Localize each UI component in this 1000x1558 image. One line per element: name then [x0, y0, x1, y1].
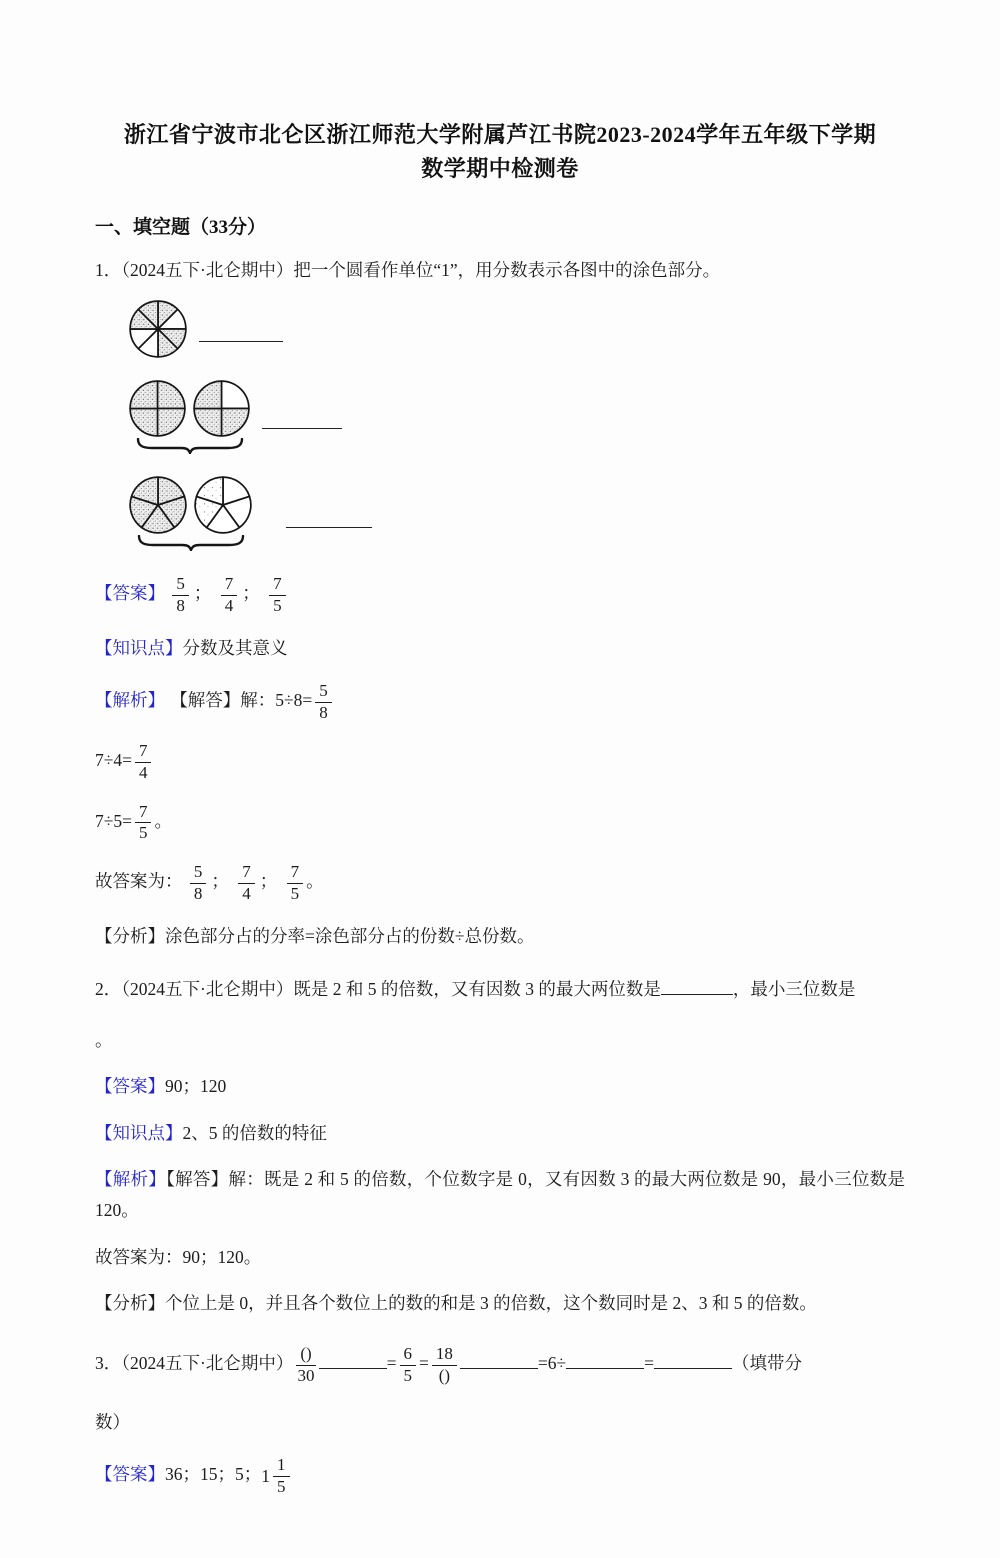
- q2-knowledge-text: 2、5 的倍数的特征: [183, 1123, 327, 1143]
- knowledge-label: 【知识点】: [95, 638, 183, 658]
- section-heading: 一、填空题（33分）: [95, 212, 905, 239]
- q1-solution-line-2: 7÷4=74: [95, 740, 905, 784]
- separator: ；: [194, 583, 212, 603]
- q1-blank-3: [286, 527, 372, 528]
- q1-conclusion-prefix: 故答案为：: [95, 871, 183, 891]
- q1-figure-row-1: [129, 300, 905, 358]
- circle-eighths-figure: [129, 300, 187, 358]
- fraction: 75: [269, 575, 286, 615]
- underbrace-icon: [134, 535, 248, 551]
- document-title: 浙江省宁波市北仑区浙江师范大学附属芦江书院2023-2024学年五年级下学期 数…: [95, 118, 905, 186]
- separator: ；: [242, 583, 260, 603]
- q3-suffix-part-2: 数）: [95, 1412, 130, 1432]
- q2-solution-line: 【解析】【解答】解：既是 2 和 5 的倍数，个位数字是 0，又有因数 3 的最…: [95, 1164, 905, 1225]
- q1-breakdown-text: 涂色部分占的分率=涂色部分占的份数÷总份数。: [165, 926, 534, 946]
- q1-solution-line-1: 【解析】【解答】解：5÷8=58: [95, 680, 905, 724]
- answer-label: 【答案】: [95, 1076, 165, 1096]
- q1-figure-row-2: [129, 380, 905, 454]
- q1-figure-row-3: [129, 476, 905, 551]
- q3-equals-4: =: [644, 1353, 654, 1373]
- breakdown-label: 【分析】: [95, 1293, 165, 1313]
- q2-stem-part-a: 2．（2024五下·北仑期中）既是 2 和 5 的倍数，又有因数 3 的最大两位…: [95, 979, 661, 999]
- q2-stem-continued: 。: [95, 1025, 905, 1056]
- title-line-2: 数学期中检测卷: [95, 152, 905, 186]
- q1-knowledge-text: 分数及其意义: [183, 638, 288, 658]
- q2-stem: 2．（2024五下·北仑期中）既是 2 和 5 的倍数，又有因数 3 的最大两位…: [95, 974, 905, 1005]
- q1-answer-line: 【答案】 58； 74； 75: [95, 573, 905, 617]
- fraction: 74: [135, 742, 152, 782]
- separator: ；: [260, 871, 278, 891]
- fraction: 65: [400, 1345, 417, 1385]
- mixed-number: 115: [261, 1454, 292, 1498]
- fraction: 58: [172, 575, 189, 615]
- analysis-label: 【解析】: [95, 690, 165, 710]
- fraction: 58: [315, 682, 332, 722]
- q2-stem-period: 。: [95, 1030, 113, 1050]
- q2-blank-1: [661, 977, 733, 995]
- q1-line2-prefix: 7÷4=: [95, 750, 132, 770]
- q3-equals-2: =: [419, 1353, 429, 1373]
- q1-blank-1: [199, 341, 283, 342]
- circle-quarters-three-shaded-figure: [193, 380, 250, 437]
- q1-stem: 1．（2024五下·北仑期中）把一个圆看作单位“1”，用分数表示各图中的涂色部分…: [95, 255, 905, 286]
- q2-stem-part-b: ，最小三位数是: [733, 979, 856, 999]
- separator: ；: [211, 871, 229, 891]
- q3-blank-4: [654, 1351, 732, 1369]
- q1-conclusion-suffix: 。: [306, 871, 324, 891]
- q2-breakdown-line: 【分析】个位上是 0，并且各个数位上的数的和是 3 的倍数，这个数同时是 2、3…: [95, 1288, 905, 1319]
- knowledge-label: 【知识点】: [95, 1123, 183, 1143]
- q3-equals-divide: =6÷: [538, 1353, 566, 1373]
- fraction: 58: [190, 863, 207, 903]
- solve-label: 【解答】: [179, 690, 240, 710]
- solve-label: 【解答】: [166, 1169, 228, 1189]
- title-line-1: 浙江省宁波市北仑区浙江师范大学附属芦江书院2023-2024学年五年级下学期: [95, 118, 905, 152]
- circle-fifths-two-shaded-figure: [194, 476, 252, 534]
- q1-conclusion-line: 故答案为： 58； 74； 75。: [95, 861, 905, 905]
- fraction: 75: [287, 863, 304, 903]
- fraction: 74: [238, 863, 255, 903]
- q1-line3-suffix: 。: [154, 811, 172, 831]
- q3-stem-prefix: 3．（2024五下·北仑期中）: [95, 1353, 293, 1373]
- q3-blank-2: [460, 1351, 538, 1369]
- answer-label: 【答案】: [95, 583, 165, 603]
- q3-equals-1: =: [387, 1353, 397, 1373]
- q2-conclusion-text: 故答案为：90；120。: [95, 1247, 261, 1267]
- fraction: 74: [221, 575, 238, 615]
- q1-figures: [129, 300, 905, 551]
- q2-conclusion-line: 故答案为：90；120。: [95, 1242, 905, 1273]
- q2-answer-line: 【答案】90；120: [95, 1071, 905, 1102]
- fraction: 15: [273, 1456, 290, 1496]
- fraction: ()30: [296, 1345, 315, 1385]
- q2-knowledge-line: 【知识点】2、5 的倍数的特征: [95, 1118, 905, 1149]
- q3-answer-line: 【答案】36；15；5；115: [95, 1454, 905, 1498]
- answer-label: 【答案】: [95, 1464, 165, 1484]
- analysis-label: 【解析】: [95, 1169, 166, 1189]
- q3-suffix-part-1: （填带分: [732, 1353, 802, 1373]
- q1-solve-prefix: 解：5÷8=: [240, 690, 312, 710]
- circle-quarters-full-figure: [129, 380, 186, 437]
- q1-knowledge-line: 【知识点】分数及其意义: [95, 633, 905, 664]
- q1-line3-prefix: 7÷5=: [95, 811, 132, 831]
- q1-breakdown-line: 【分析】涂色部分占的分率=涂色部分占的份数÷总份数。: [95, 921, 905, 952]
- underbrace-icon: [134, 438, 246, 454]
- q3-stem: 3．（2024五下·北仑期中）()30=65=18()=6÷=（填带分: [95, 1343, 905, 1387]
- fraction: 18(): [432, 1345, 457, 1385]
- circle-fifths-full-figure: [129, 476, 187, 534]
- breakdown-label: 【分析】: [95, 926, 165, 946]
- q3-blank-3: [566, 1351, 644, 1369]
- q2-answer-text: 90；120: [165, 1076, 226, 1096]
- q1-blank-2: [262, 428, 342, 429]
- q3-stem-continued: 数）: [95, 1407, 905, 1438]
- fraction: 75: [135, 803, 152, 843]
- q3-blank-1: [319, 1351, 387, 1369]
- q1-solution-line-3: 7÷5=75。: [95, 801, 905, 845]
- q3-answer-prefix: 36；15；5；: [165, 1464, 261, 1484]
- exam-document: 浙江省宁波市北仑区浙江师范大学附属芦江书院2023-2024学年五年级下学期 数…: [0, 0, 1000, 1558]
- q2-breakdown-text: 个位上是 0，并且各个数位上的数的和是 3 的倍数，这个数同时是 2、3 和 5…: [165, 1293, 817, 1313]
